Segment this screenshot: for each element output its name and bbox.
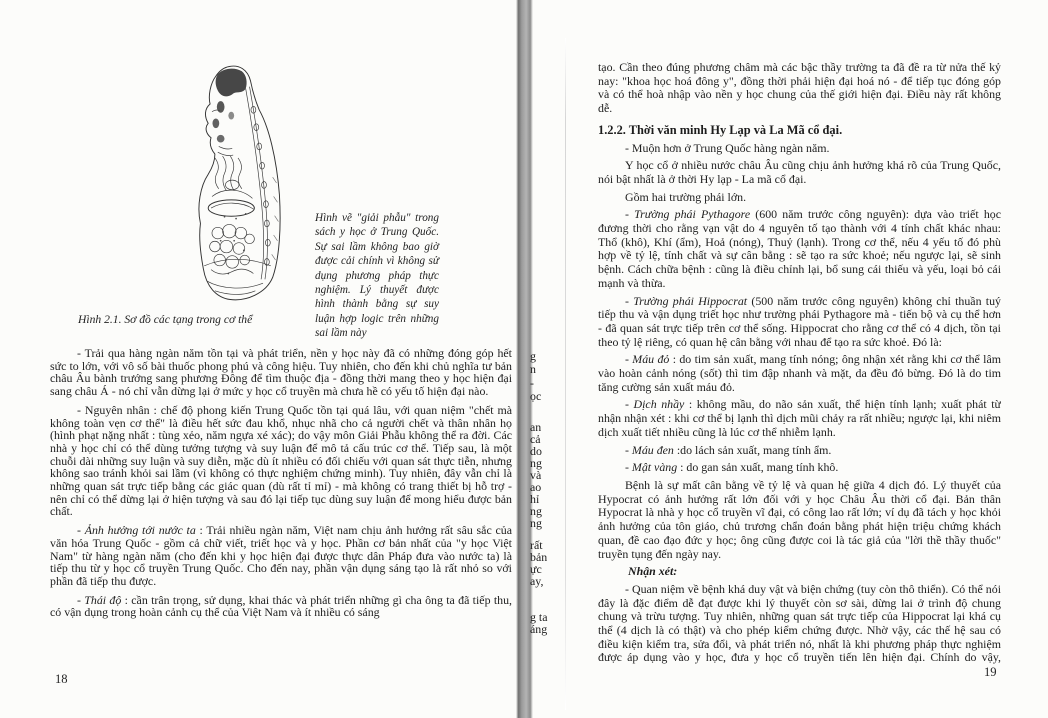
figure-side-caption: Hình vẽ "giải phẫu" trong sách y học ở T… <box>315 211 439 341</box>
paragraph-lead: - Trường phái Pythagore <box>625 207 750 221</box>
paragraph-text: : do gan sản xuất, mang tính khô. <box>677 460 838 474</box>
anatomy-figure-drawing <box>186 56 290 310</box>
paragraph: tạo. Cần theo đúng phương châm mà các bậ… <box>598 61 1001 116</box>
paragraph: Bệnh là sự mất cân bằng về tỷ lệ và quan… <box>598 479 1001 561</box>
paragraph-text: Gồm hai trường phái lớn. <box>625 190 746 204</box>
paragraph: - Dịch nhầy : không mầu, do não sản xuất… <box>598 398 1001 439</box>
paragraph-text: - Nguyên nhân : chế độ phong kiến Trung … <box>50 403 512 519</box>
paragraph-text: Bệnh là sự mất cân bằng về tỷ lệ và quan… <box>598 478 1001 561</box>
paragraph-lead: - Mật vàng <box>625 460 677 474</box>
paragraph: - Muộn hơn ở Trung Quốc hàng ngàn năm. <box>598 142 1001 156</box>
section-heading: 1.2.2. Thời văn minh Hy Lạp và La Mã cổ … <box>598 124 1001 138</box>
cutoff-text: ọc <box>530 389 541 404</box>
paragraph: Gồm hai trường phái lớn. <box>598 191 1001 205</box>
paragraph-lead: - Trường phái Hippocrat <box>625 294 747 308</box>
paragraph: - Mật vàng : do gan sản xuất, mang tính … <box>598 461 1001 475</box>
paragraph: - Máu đỏ : do tim sản xuất, mang tính nó… <box>598 353 1001 394</box>
gutter-text-fragments: g n - ọc an cả do ng và ao hỉ ng ng rất … <box>530 0 556 718</box>
cutoff-text: áng <box>530 622 547 637</box>
paragraph-lead: - Máu đen <box>625 443 674 457</box>
paragraph-text: Y học cổ ở nhiều nước châu Âu cũng chịu … <box>598 158 1001 186</box>
left-page-text: - Trải qua hàng ngàn năm tồn tại và phát… <box>50 347 512 659</box>
paragraph: - Thái độ : cần trân trọng, sử dụng, kha… <box>50 594 512 619</box>
paragraph-text: - Quan niệm về bệnh khá duy vật và biện … <box>598 582 1001 665</box>
paragraph: Y học cổ ở nhiều nước châu Âu cũng chịu … <box>598 159 1001 186</box>
cutoff-text: n <box>530 362 536 377</box>
paragraph: - Ảnh hưởng tới nước ta : Trải nhiều ngà… <box>50 524 512 588</box>
paragraph-lead: - Dịch nhầy <box>625 397 684 411</box>
paragraph-text: - Muộn hơn ở Trung Quốc hàng ngàn năm. <box>625 141 829 155</box>
paragraph-lead: - Máu đỏ <box>625 352 669 366</box>
paragraph-text: tạo. Cần theo đúng phương châm mà các bậ… <box>598 61 1001 115</box>
note-heading: Nhận xét: <box>598 565 1001 579</box>
paragraph: - Trải qua hàng ngàn năm tồn tại và phát… <box>50 347 512 398</box>
paragraph-text: - Trải qua hàng ngàn năm tồn tại và phát… <box>50 347 512 398</box>
paragraph: - Trường phái Pythagore (600 năm trước c… <box>598 208 1001 290</box>
page-crease-line <box>565 38 566 710</box>
page-number-left: 18 <box>55 672 68 687</box>
figure-caption: Hình 2.1. Sơ đồ các tạng trong cơ thể <box>78 313 252 326</box>
book-scan: Hình vẽ "giải phẫu" trong sách y học ở T… <box>0 0 1048 718</box>
paragraph: - Trường phái Hippocrat (500 năm trước c… <box>598 295 1001 350</box>
paragraph-text: :do lách sản xuất, mang tính ẩm. <box>674 443 832 457</box>
paragraph: - Nguyên nhân : chế độ phong kiến Trung … <box>50 404 512 518</box>
right-page-text: tạo. Cần theo đúng phương châm mà các bậ… <box>598 61 1001 665</box>
page-number-right: 19 <box>984 665 997 680</box>
cutoff-text: ng <box>530 516 542 531</box>
paragraph: - Máu đen :do lách sản xuất, mang tính ẩ… <box>598 444 1001 458</box>
cutoff-text: ay, <box>530 574 543 589</box>
paragraph: - Quan niệm về bệnh khá duy vật và biện … <box>598 583 1001 665</box>
